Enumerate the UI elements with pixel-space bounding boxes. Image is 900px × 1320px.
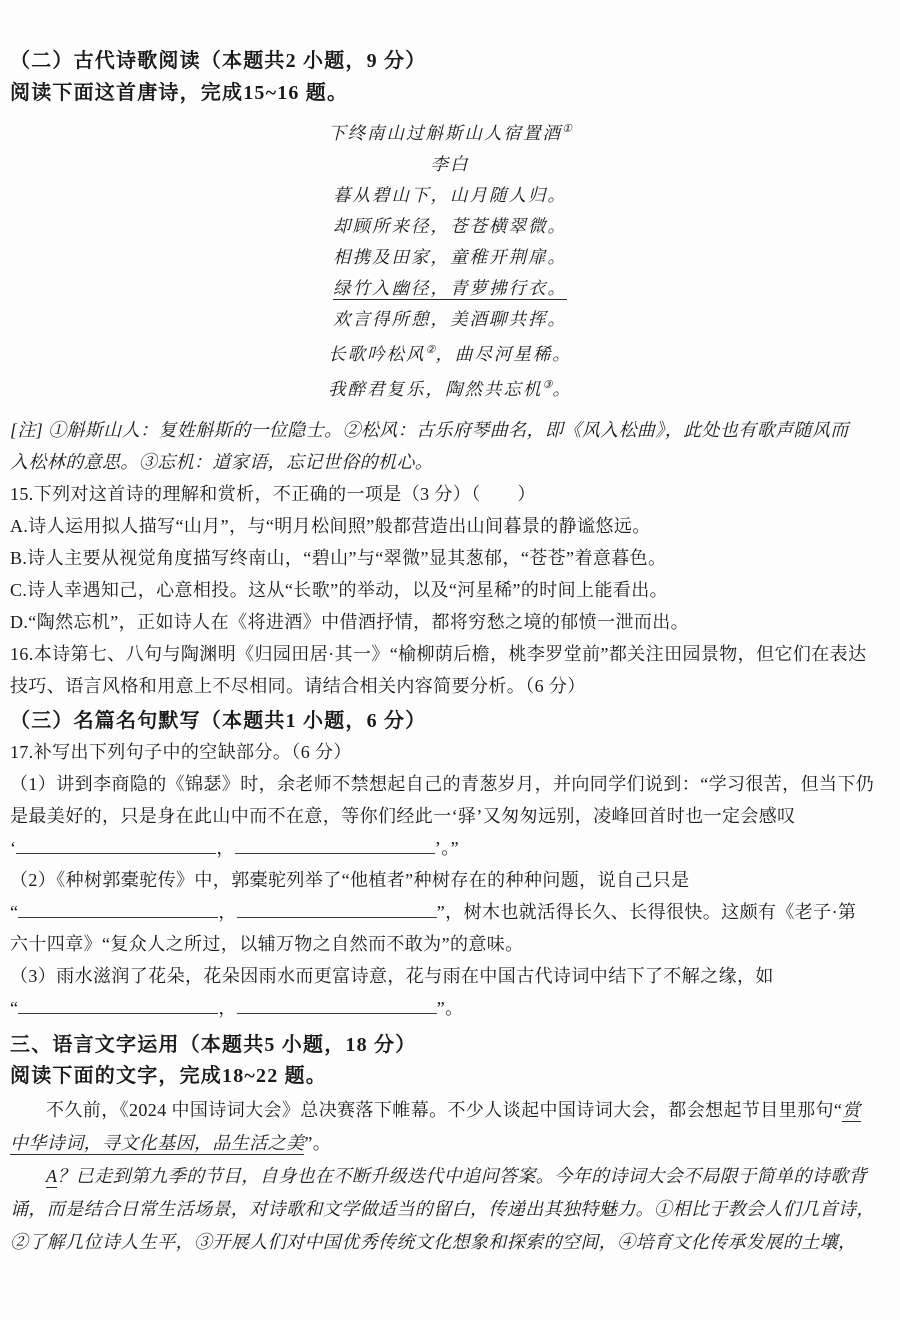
q17-item1-line-1: （1）讲到李商隐的《锦瑟》时，余老师不禁想起自己的青葱岁月，并向同学们说到：“学…	[10, 768, 890, 800]
answer-blank	[18, 899, 218, 918]
q17-item1-line-2: 是最美好的，只是身在此山中而不在意，等你们经此一‘驿’又匆匆远别，凌峰回首时也一…	[10, 800, 890, 832]
poem-line-1: 暮从碧山下，山月随人归。	[10, 180, 890, 211]
question-15-option-a: A.诗人运用拟人描写“山月”，与“明月松间照”般都营造出山间暮景的静谧悠远。	[10, 510, 890, 542]
exam-paper-page: （二）古代诗歌阅读（本题共2 小题，9 分） 阅读下面这首唐诗，完成15~16 …	[0, 0, 900, 1320]
poem-line-4-underlined: 绿竹入幽径，青萝拂行衣。	[333, 278, 567, 300]
q17-item1-blanks-row: ‘，’。”	[10, 832, 890, 864]
question-15-stem: 15.下列对这首诗的理解和赏析，不正确的一项是（3 分）（ ）	[10, 478, 890, 510]
lang-para1-line-2: 中华诗词，寻文化基因，品生活之美”。	[10, 1127, 890, 1160]
poem-note-ref-3: ③	[543, 379, 553, 391]
poem-line-4: 绿竹入幽径，青萝拂行衣。	[10, 273, 890, 304]
slogan-underlined-part-2: 中华诗词，寻文化基因，品生活之美	[10, 1133, 304, 1155]
poem-block: 下终南山过斛斯山人宿置酒① 李白 暮从碧山下，山月随人归。 却顾所来径，苍苍横翠…	[10, 114, 890, 404]
lang-para2-line-1-text: ？已走到第九季的节目，自身也在不断升级迭代中追问答案。今年的诗词大会不局限于简单…	[57, 1166, 867, 1186]
lang-para2-line-2: 诵，而是结合日常生活场景，对诗歌和文学做适当的留白，传递出其独特魅力。①相比于教…	[10, 1193, 890, 1226]
poem-line-7: 我醉君复乐，陶然共忘机③。	[10, 370, 890, 405]
poem-line-6-text-b: ，曲尽河星稀。	[435, 344, 572, 364]
section-dictation-heading: （三）名篇名句默写（本题共1 小题，6 分）	[10, 706, 890, 736]
q17-item2-separator: ，	[218, 902, 236, 922]
question-15-option-c: C.诗人幸遇知己，心意相投。这从“长歌”的举动，以及“河星稀”的时间上能看出。	[10, 574, 890, 606]
poem-title-note-ref: ①	[562, 123, 572, 135]
question-15-option-d: D.“陶然忘机”，正如诗人在《将进酒》中借酒抒情，都将穷愁之境的郁愤一泄而出。	[10, 606, 890, 638]
q17-item3-blanks-row: “，”。	[10, 992, 890, 1024]
answer-blank	[237, 995, 437, 1014]
lang-para1-end-punct: ”。	[304, 1133, 331, 1153]
poem-line-5: 欢言得所憩，美酒聊共挥。	[10, 304, 890, 335]
q17-item2-open-quote: “	[10, 902, 18, 922]
section-language-heading: 三、语言文字运用（本题共5 小题，18 分）	[10, 1030, 890, 1060]
poem-author: 李白	[10, 149, 890, 180]
lang-para2-line-1: A？已走到第九季的节目，自身也在不断升级迭代中追问答案。今年的诗词大会不局限于简…	[10, 1160, 890, 1193]
q17-item3-line-1: （3）雨水滋润了花朵，花朵因雨水而更富诗意，花与雨在中国古代诗词中结下了不解之缘…	[10, 960, 890, 992]
q17-item3-open-quote: “	[10, 998, 18, 1018]
q17-item2-line-3: 六十四章》“复众人之所过，以辅万物之自然而不敢为”的意味。	[10, 928, 890, 960]
answer-blank	[235, 835, 435, 854]
poem-line-6: 长歌吟松风②，曲尽河星稀。	[10, 335, 890, 370]
question-15-option-b: B.诗人主要从视觉角度描写终南山，“碧山”与“翠微”显其葱郁，“苍苍”着意暮色。	[10, 542, 890, 574]
question-16-line-1: 16.本诗第七、八句与陶渊明《归园田居·其一》“榆柳荫后檐，桃李罗堂前”都关注田…	[10, 638, 890, 670]
answer-blank	[237, 899, 437, 918]
q17-item1-separator: ，	[216, 838, 234, 858]
answer-blank	[18, 995, 218, 1014]
poem-line-7-text: 我醉君复乐，陶然共忘机	[328, 378, 543, 398]
q17-item2-blanks-row: “，”，树木也就活得长久、长得很快。这颇有《老子·第	[10, 896, 890, 928]
section-language-intro: 阅读下面的文字，完成18~22 题。	[10, 1060, 890, 1092]
poem-notes: [注] ①斛斯山人：复姓斛斯的一位隐士。②松风：古乐府琴曲名，即《风入松曲》，此…	[10, 414, 890, 478]
q17-item2-after-text: ”，树木也就活得长久、长得很快。这颇有《老子·第	[437, 902, 857, 922]
poem-note-line-1: [注] ①斛斯山人：复姓斛斯的一位隐士。②松风：古乐府琴曲名，即《风入松曲》，此…	[10, 414, 890, 446]
slogan-underlined-part-1: 赏	[842, 1100, 860, 1122]
q17-item1-close-quote: ’。”	[435, 838, 459, 858]
poem-title-text: 下终南山过斛斯山人宿置酒	[328, 123, 562, 143]
q17-item3-close-quote: ”。	[437, 998, 464, 1018]
poem-note-line-2: 入松林的意思。③忘机：道家语，忘记世俗的机心。	[10, 446, 890, 478]
q17-item2-line-1: （2）《种树郭橐驼传》中，郭橐驼列举了“他植者”种树存在的种种问题，说自己只是	[10, 864, 890, 896]
section-poetry-heading: （二）古代诗歌阅读（本题共2 小题，9 分）	[10, 46, 890, 76]
lang-para2-line-3: ②了解几位诗人生平，③开展人们对中国优秀传统文化想象和探索的空间，④培育文化传承…	[10, 1226, 890, 1259]
poem-line-2: 却顾所来径，苍苍横翠微。	[10, 211, 890, 242]
poem-line-7-text-b: 。	[552, 378, 572, 398]
lang-para1-line-1: 不久前，《2024 中国诗词大会》总决赛落下帷幕。不少人谈起中国诗词大会，都会想…	[10, 1094, 890, 1127]
q17-item3-separator: ，	[218, 998, 236, 1018]
section-poetry-intro: 阅读下面这首唐诗，完成15~16 题。	[10, 76, 890, 110]
question-16-line-2: 技巧、语言风格和用意上不尽相同。请结合相关内容简要分析。（6 分）	[10, 670, 890, 702]
answer-blank	[16, 835, 216, 854]
blank-label-A: A	[46, 1166, 57, 1188]
poem-line-3: 相携及田家，童稚开荆扉。	[10, 242, 890, 273]
poem-line-6-text: 长歌吟松风	[328, 344, 426, 364]
lang-para1-text: 不久前，《2024 中国诗词大会》总决赛落下帷幕。不少人谈起中国诗词大会，都会想…	[46, 1100, 842, 1120]
poem-title: 下终南山过斛斯山人宿置酒①	[10, 114, 890, 149]
question-17-stem: 17.补写出下列句子中的空缺部分。（6 分）	[10, 736, 890, 768]
poem-note-ref-2: ②	[426, 344, 436, 356]
